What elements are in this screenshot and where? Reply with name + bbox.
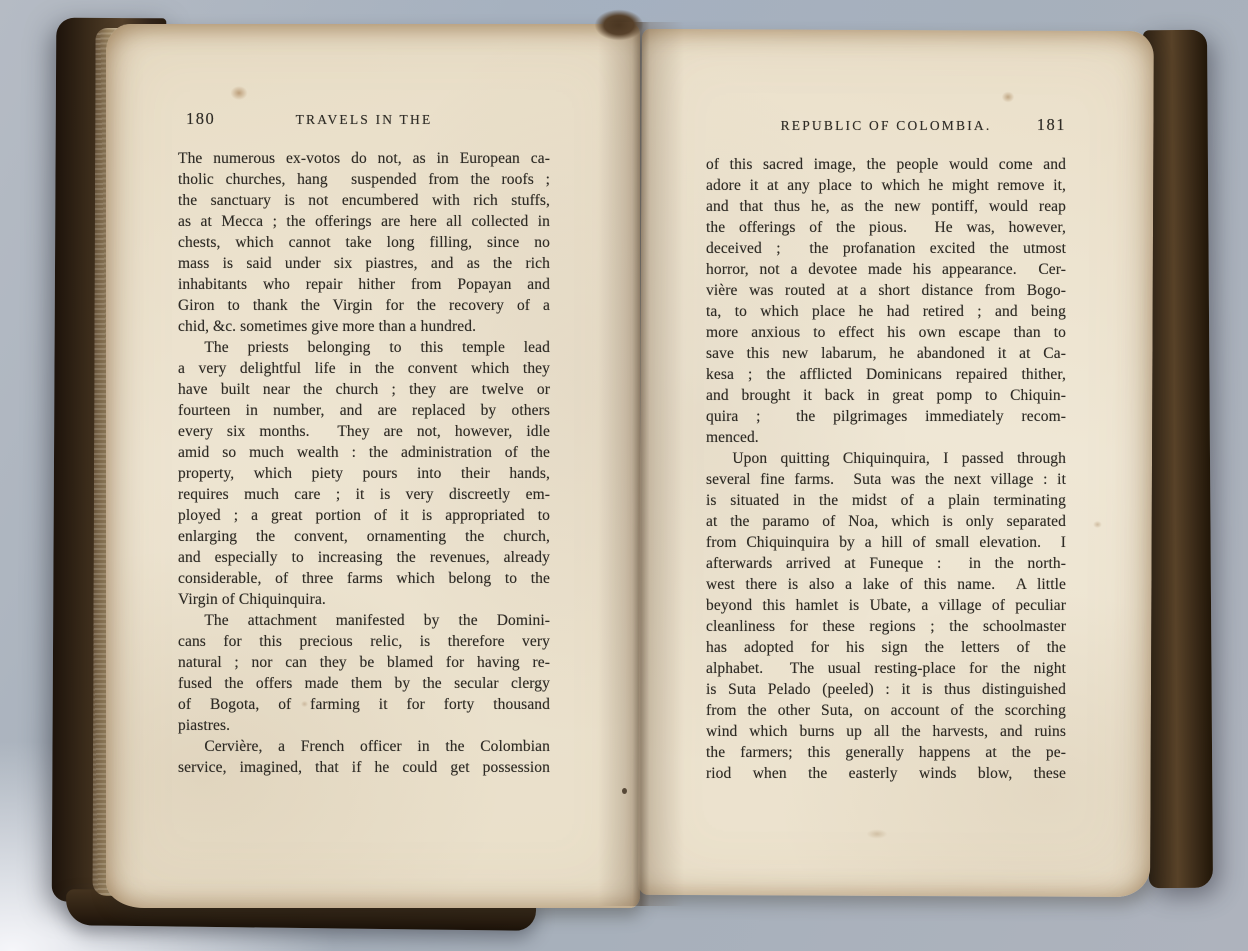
text-line: amid so much wealth : the administration…: [178, 442, 550, 463]
text-line: requires much care ; it is very discreet…: [178, 484, 550, 505]
left-running-title: TRAVELS IN THE: [296, 112, 433, 127]
right-page-number: 181: [1037, 115, 1066, 135]
text-line: afterwards arrived at Funeque : in the n…: [706, 553, 1066, 574]
photo-backdrop: 180 TRAVELS IN THE The numerous ex-votos…: [0, 0, 1248, 951]
text-line: from Chiquinquira by a hill of small ele…: [706, 532, 1066, 553]
text-line: horror, not a devotee made his appearanc…: [706, 259, 1066, 280]
text-line: and brought it back in great pomp to Chi…: [706, 385, 1066, 406]
text-line: The attachment manifested by the Domini-: [178, 610, 550, 631]
text-line: Virgin of Chiquinquira.: [178, 589, 550, 610]
text-line: natural ; nor can they be blamed for hav…: [178, 652, 550, 673]
text-line: quira ; the pilgrimages immediately reco…: [706, 406, 1066, 427]
text-line: piastres.: [178, 715, 550, 736]
text-line: have built near the church ; they are tw…: [178, 379, 550, 400]
text-line: The numerous ex-votos do not, as in Euro…: [178, 148, 550, 169]
text-line: and that thus he, as the new pontiff, wo…: [706, 196, 1066, 217]
text-line: considerable, of three farms which belon…: [178, 568, 550, 589]
right-page-text: REPUBLIC OF COLOMBIA. 181 of this sacred…: [706, 118, 1066, 784]
right-running-title: REPUBLIC OF COLOMBIA.: [781, 118, 992, 133]
text-line: and especially to increasing the revenue…: [178, 547, 550, 568]
text-line: mass is said under six piastres, and as …: [178, 253, 550, 274]
text-line: from the other Suta, on account of the s…: [706, 700, 1066, 721]
right-page-lines: of this sacred image, the people would c…: [706, 154, 1066, 784]
text-line: the sanctuary is not encumbered with ric…: [178, 190, 550, 211]
text-line: vière was routed at a short distance fro…: [706, 280, 1066, 301]
left-page-number: 180: [186, 109, 215, 129]
text-line: ployed ; a great portion of it is approp…: [178, 505, 550, 526]
text-line: of this sacred image, the people would c…: [706, 154, 1066, 175]
left-page-lines: The numerous ex-votos do not, as in Euro…: [178, 148, 550, 778]
right-page-header: REPUBLIC OF COLOMBIA. 181: [706, 118, 1066, 134]
text-line: kesa ; the afflicted Dominicans repaired…: [706, 364, 1066, 385]
text-line: is situated in the midst of a plain term…: [706, 490, 1066, 511]
text-line: wind which burns up all the harvests, an…: [706, 721, 1066, 742]
text-line: Giron to thank the Virgin for the recove…: [178, 295, 550, 316]
text-line: ta, to which place he had retired ; and …: [706, 301, 1066, 322]
text-line: chid, &c. sometimes give more than a hun…: [178, 316, 550, 337]
text-line: a very delightful life in the convent wh…: [178, 358, 550, 379]
text-line: deceived ; the profanation excited the u…: [706, 238, 1066, 259]
text-line: save this new labarum, he abandoned it a…: [706, 343, 1066, 364]
text-line: The priests belonging to this temple lea…: [178, 337, 550, 358]
text-line: fourteen in number, and are replaced by …: [178, 400, 550, 421]
text-line: enlarging the convent, ornamenting the c…: [178, 526, 550, 547]
text-line: several fine farms. Suta was the next vi…: [706, 469, 1066, 490]
text-line: riod when the easterly winds blow, these: [706, 763, 1066, 784]
text-line: adore it at any place to which he might …: [706, 175, 1066, 196]
text-line: cans for this precious relic, is therefo…: [178, 631, 550, 652]
text-line: Upon quitting Chiquinquira, I passed thr…: [706, 448, 1066, 469]
text-line: alphabet. The usual resting-place for th…: [706, 658, 1066, 679]
text-line: fused the offers made them by the secula…: [178, 673, 550, 694]
text-line: west there is also a lake of this name. …: [706, 574, 1066, 595]
text-line: has adopted for his sign the letters of …: [706, 637, 1066, 658]
text-line: the farmers; this generally happens at t…: [706, 742, 1066, 763]
text-line: as at Mecca ; the offerings are here all…: [178, 211, 550, 232]
left-page-text: 180 TRAVELS IN THE The numerous ex-votos…: [178, 112, 550, 778]
text-line: property, which piety pours into their h…: [178, 463, 550, 484]
text-line: is Suta Pelado (peeled) : it is thus dis…: [706, 679, 1066, 700]
text-line: beyond this hamlet is Ubate, a village o…: [706, 595, 1066, 616]
book-cover-right-edge: [1143, 30, 1213, 888]
left-page-header: 180 TRAVELS IN THE: [178, 112, 550, 128]
text-line: every six months. They are not, however,…: [178, 421, 550, 442]
text-line: more anxious to effect his own escape th…: [706, 322, 1066, 343]
text-line: service, imagined, that if he could get …: [178, 757, 550, 778]
text-line: at the paramo of Noa, which is only sepa…: [706, 511, 1066, 532]
text-line: cleanliness for these regions ; the scho…: [706, 616, 1066, 637]
text-line: of Bogota, of farming it for forty thous…: [178, 694, 550, 715]
text-line: tholic churches, hang suspended from the…: [178, 169, 550, 190]
text-line: inhabitants who repair hither from Popay…: [178, 274, 550, 295]
text-line: the offerings of the pious. He was, howe…: [706, 217, 1066, 238]
text-line: chests, which cannot take long filling, …: [178, 232, 550, 253]
text-line: menced.: [706, 427, 1066, 448]
text-line: Cervière, a French officer in the Colomb…: [178, 736, 550, 757]
